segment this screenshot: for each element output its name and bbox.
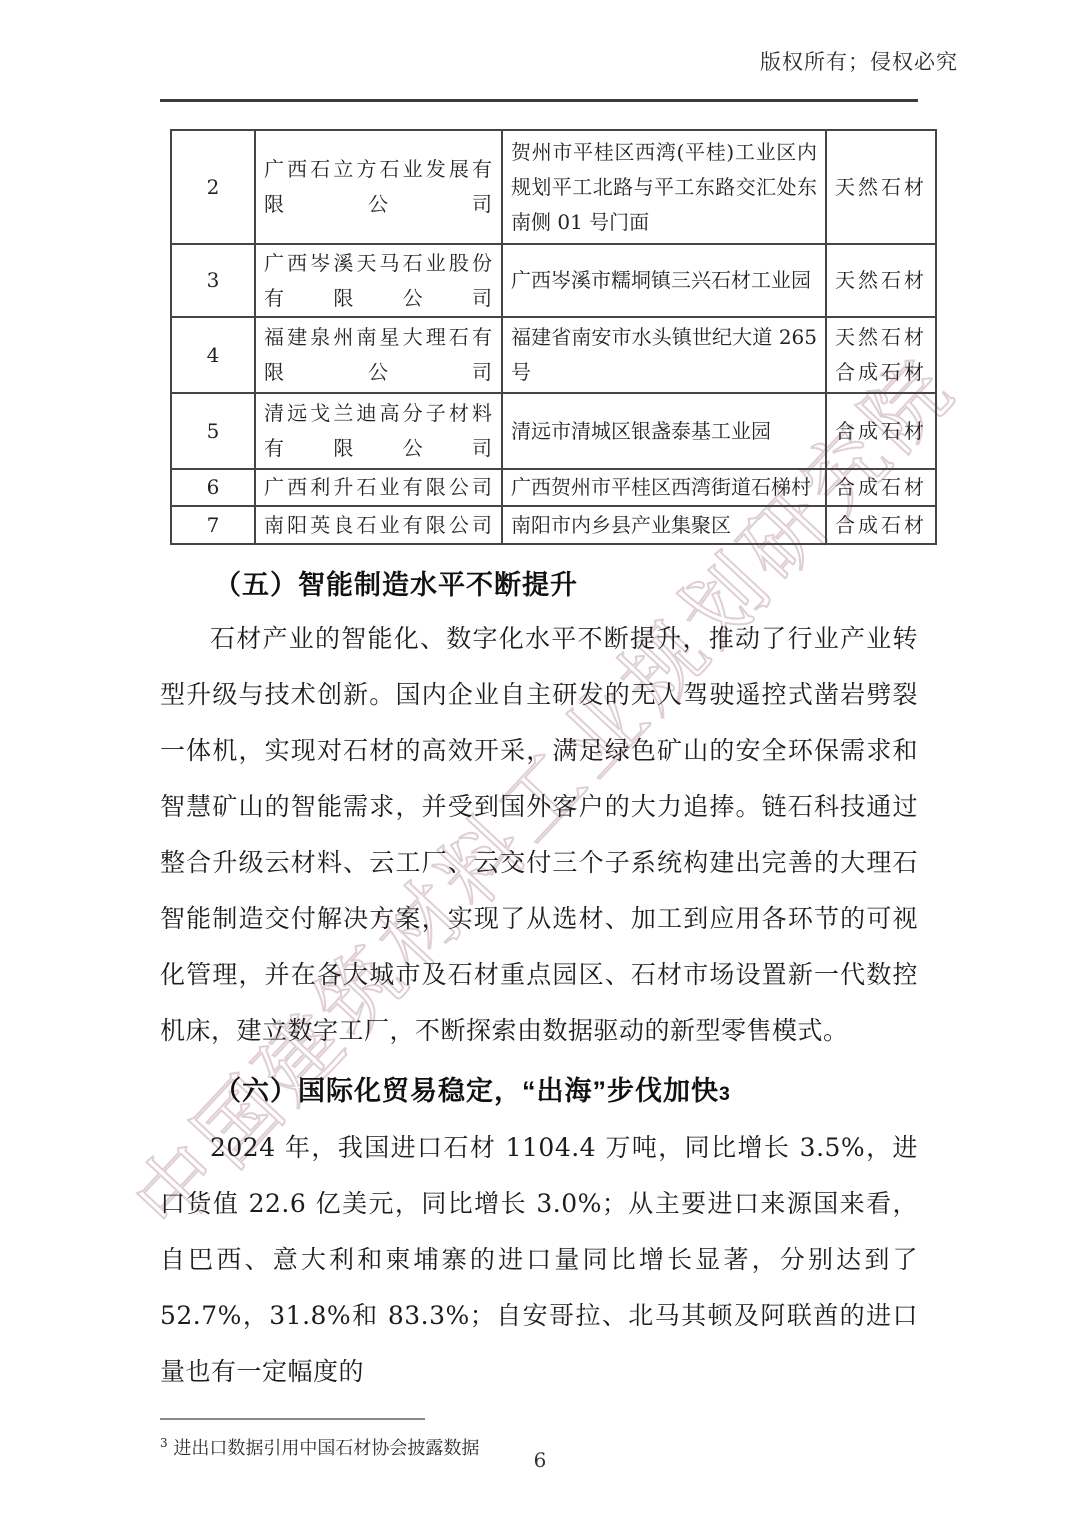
companies-table: 2 广西石立方石业发展有限公司 贺州市平桂区西湾(平桂)工业区内规划平工北路与平…	[170, 129, 937, 545]
table-row: 3 广西岑溪天马石业股份有限公司 广西岑溪市糯垌镇三兴石材工业园 天然石材	[171, 244, 936, 317]
table-row: 2 广西石立方石业发展有限公司 贺州市平桂区西湾(平桂)工业区内规划平工北路与平…	[171, 130, 936, 244]
cell-address: 清远市清城区银盏泰基工业园	[502, 393, 826, 469]
cell-row-number: 4	[171, 317, 255, 393]
cell-row-number: 5	[171, 393, 255, 469]
page-number: 6	[0, 1448, 1080, 1472]
cell-stone-type: 合成石材	[826, 393, 936, 469]
page-content: 2 广西石立方石业发展有限公司 贺州市平桂区西湾(平桂)工业区内规划平工北路与平…	[160, 0, 918, 1464]
cell-row-number: 6	[171, 469, 255, 506]
cell-row-number: 3	[171, 244, 255, 317]
section-6-heading-text: （六）国际化贸易稳定，“出海”步伐加快	[214, 1076, 719, 1106]
cell-stone-type: 天然石材	[826, 244, 936, 317]
header-divider	[160, 99, 918, 102]
cell-address: 广西贺州市平桂区西湾街道石梯村	[502, 469, 826, 506]
cell-company-name: 广西利升石业有限公司	[255, 469, 502, 506]
cell-row-number: 7	[171, 506, 255, 544]
cell-address: 贺州市平桂区西湾(平桂)工业区内规划平工北路与平工东路交汇处东南侧 01 号门面	[502, 130, 826, 244]
section-5-paragraph: 石材产业的智能化、数字化水平不断提升，推动了行业产业转型升级与技术创新。国内企业…	[160, 611, 918, 1059]
footnote-divider	[160, 1418, 425, 1420]
table-row: 5 清远戈兰迪高分子材料有限公司 清远市清城区银盏泰基工业园 合成石材	[171, 393, 936, 469]
table-row: 6 广西利升石业有限公司 广西贺州市平桂区西湾街道石梯村 合成石材	[171, 469, 936, 506]
cell-row-number: 2	[171, 130, 255, 244]
copyright-notice: 版权所有；侵权必究	[760, 46, 958, 76]
cell-company-name: 广西岑溪天马石业股份有限公司	[255, 244, 502, 317]
section-6-paragraph: 2024 年，我国进口石材 1104.4 万吨，同比增长 3.5%，进口货值 2…	[160, 1120, 918, 1400]
cell-company-name: 广西石立方石业发展有限公司	[255, 130, 502, 244]
section-6-heading: （六）国际化贸易稳定，“出海”步伐加快3	[160, 1071, 918, 1114]
document-page: 中国建筑材料工业规划研究院 版权所有；侵权必究 2 广西石立方石业发展有限公司 …	[0, 0, 1080, 1527]
cell-address: 南阳市内乡县产业集聚区	[502, 506, 826, 544]
cell-address: 福建省南安市水头镇世纪大道 265 号	[502, 317, 826, 393]
cell-stone-type: 合成石材	[826, 506, 936, 544]
cell-address: 广西岑溪市糯垌镇三兴石材工业园	[502, 244, 826, 317]
table-row: 7 南阳英良石业有限公司 南阳市内乡县产业集聚区 合成石材	[171, 506, 936, 544]
cell-company-name: 福建泉州南星大理石有限公司	[255, 317, 502, 393]
cell-stone-type: 合成石材	[826, 469, 936, 506]
section-5-heading: （五）智能制造水平不断提升	[160, 565, 918, 605]
cell-company-name: 清远戈兰迪高分子材料有限公司	[255, 393, 502, 469]
footnote-reference: 3	[719, 1083, 731, 1105]
cell-stone-type: 天然石材 合成石材	[826, 317, 936, 393]
cell-stone-type: 天然石材	[826, 130, 936, 244]
table-row: 4 福建泉州南星大理石有限公司 福建省南安市水头镇世纪大道 265 号 天然石材…	[171, 317, 936, 393]
cell-company-name: 南阳英良石业有限公司	[255, 506, 502, 544]
